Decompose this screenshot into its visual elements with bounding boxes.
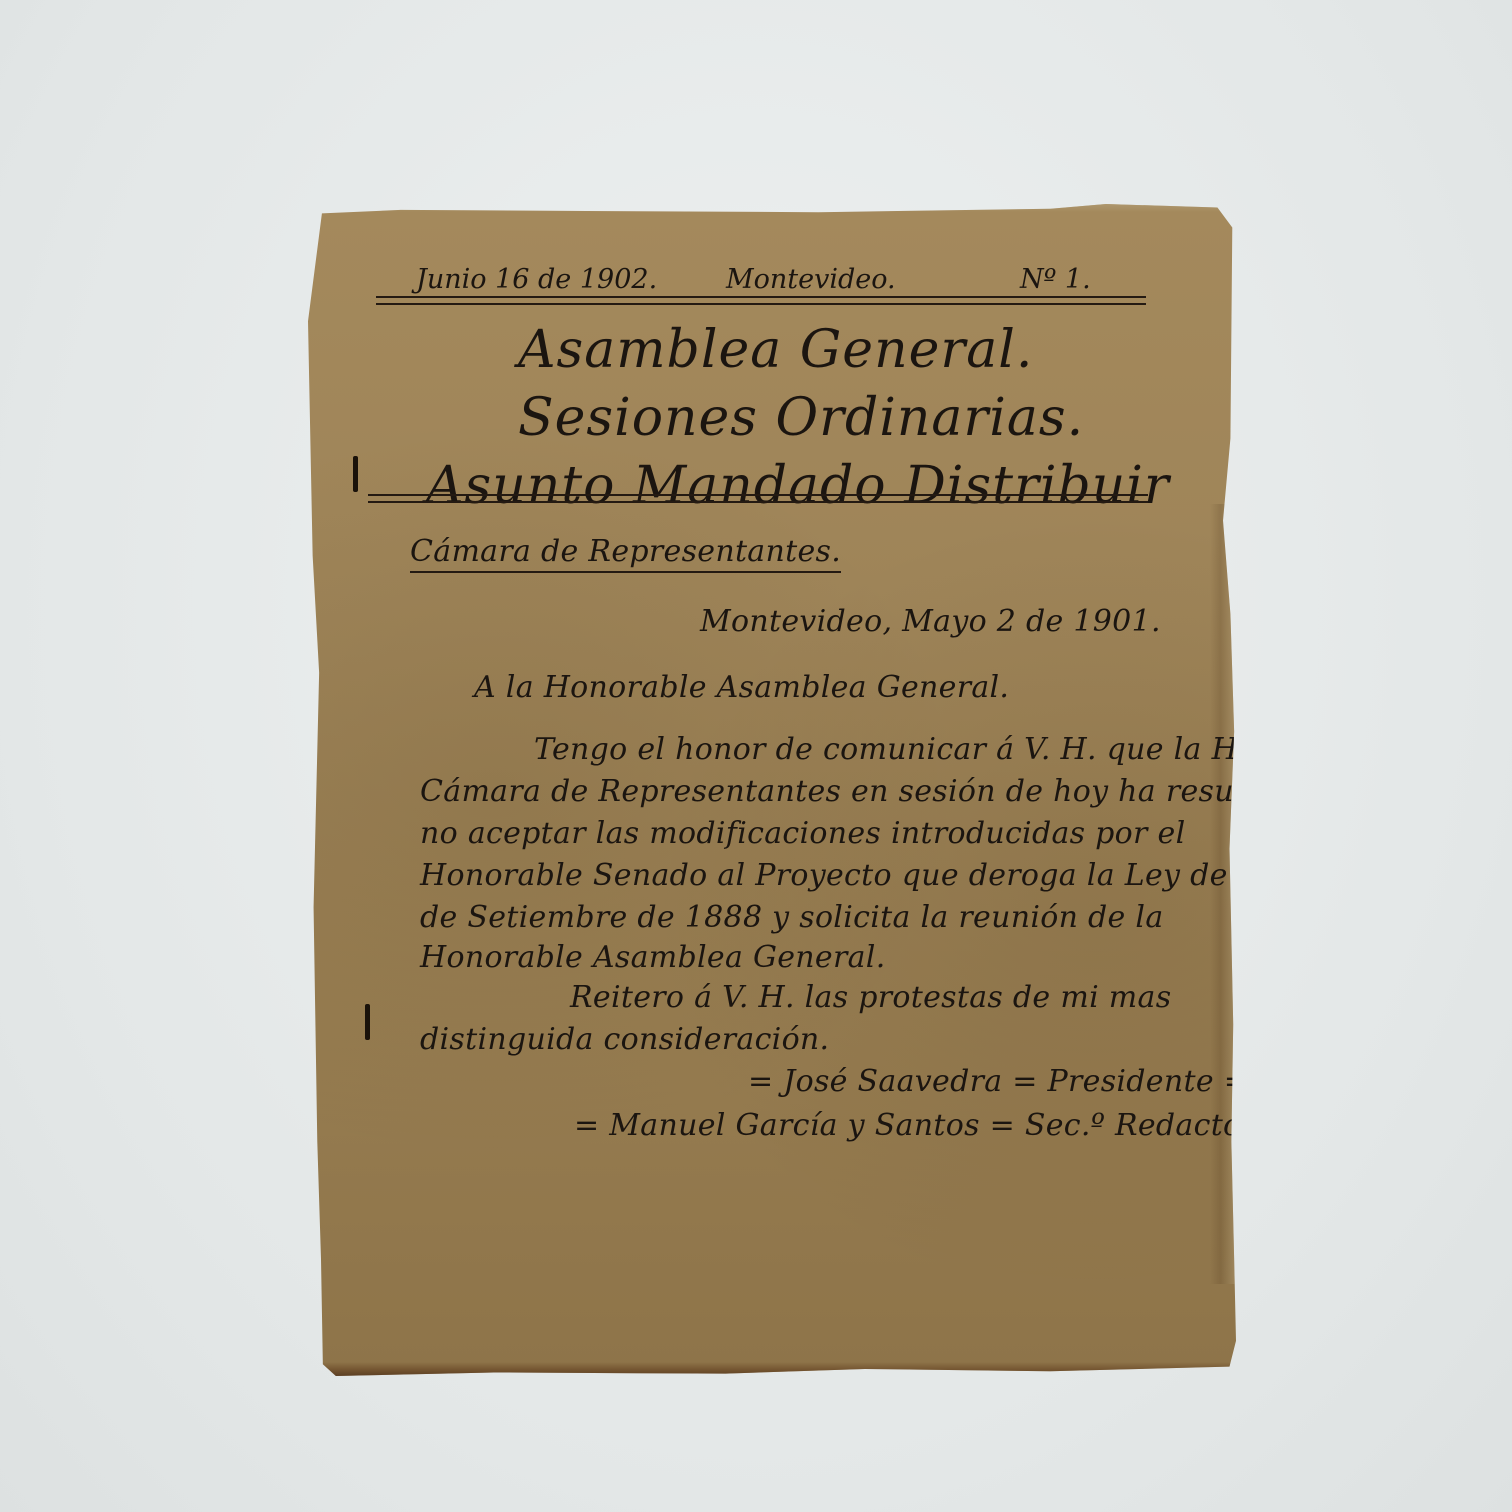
signature-president: = José Saavedra = Presidente = (748, 1064, 1249, 1099)
header-rule-top (376, 296, 1146, 298)
dateline: Montevideo, Mayo 2 de 1901. (700, 604, 1161, 639)
body-line-3: no aceptar las modificaciones introducid… (420, 816, 1185, 851)
body-line-6: Honorable Asamblea General. (420, 940, 886, 975)
header-place: Montevideo. (726, 264, 896, 295)
binding-slot-bottom (365, 1004, 370, 1040)
salutation: A la Honorable Asamblea General. (474, 670, 1009, 705)
body-line-8: distinguida consideración. (420, 1022, 829, 1057)
body-line-4: Honorable Senado al Proyecto que deroga … (420, 858, 1276, 893)
body-line-1: Tengo el honor de comunicar á V. H. que … (534, 732, 1248, 767)
title-line-2: Sesiones Ordinarias. (518, 388, 1084, 448)
title-rule-top (368, 494, 1148, 496)
body-line-5: de Setiembre de 1888 y solicita la reuni… (420, 900, 1164, 935)
paper-top-edge (308, 204, 1236, 212)
header-date: Junio 16 de 1902. (416, 264, 657, 295)
document-page: Junio 16 de 1902. Montevideo. Nº 1. Asam… (308, 204, 1236, 1376)
title-line-3: Asunto Mandado Distribuir (426, 456, 1170, 516)
signature-secretary: = Manuel García y Santos = Sec.º Redacto… (574, 1108, 1291, 1143)
body-line-2: Cámara de Representantes en sesión de ho… (420, 774, 1293, 809)
paper-bottom-edge (308, 1362, 1236, 1376)
body-line-7: Reitero á V. H. las protestas de mi mas (570, 980, 1171, 1015)
header-number: Nº 1. (1020, 264, 1091, 295)
title-rule-bottom (368, 501, 1148, 503)
header-rule-bottom (376, 303, 1146, 305)
binding-slot-top (353, 456, 358, 492)
title-line-1: Asamblea General. (518, 320, 1033, 380)
paper-torn-edge (1210, 504, 1236, 1284)
origin-chamber: Cámara de Representantes. (410, 534, 841, 573)
